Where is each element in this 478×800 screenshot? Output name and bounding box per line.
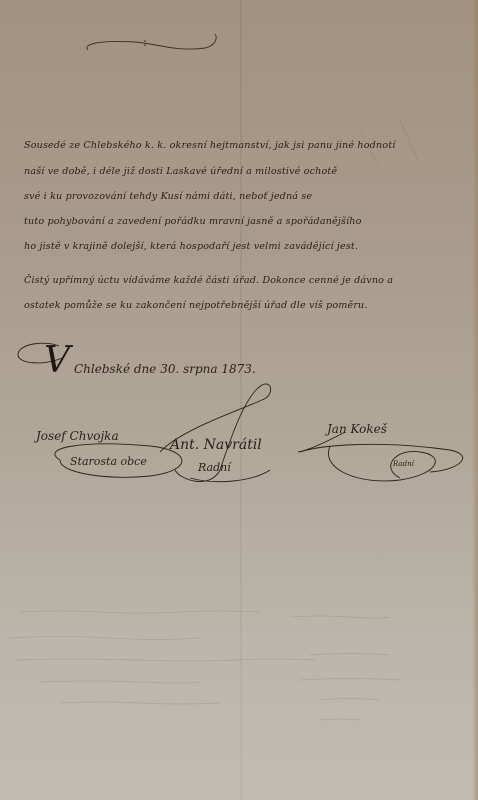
paragraph-1-line-1: Sousedé ze Chlebského k. k. okresní hejt… — [24, 140, 395, 151]
bleed-through-texture — [0, 0, 478, 800]
paragraph-2-line-1: Čistý upřímný úctu vídáváme každé části … — [24, 275, 393, 286]
top-flourish-decoration — [80, 30, 220, 60]
paragraph-1-line-2: naší ve době, i déle již dosti Laskavé ú… — [24, 166, 337, 177]
signature-name-2: Ant. Navrátil — [170, 437, 262, 453]
paragraph-1-line-5: ho jistě v krajině dolejší, která hospod… — [24, 241, 358, 252]
signature-flourishes — [0, 0, 478, 800]
signature-role-2: Radní — [198, 461, 231, 474]
signature-role-3: Radní — [393, 460, 414, 468]
paragraph-1-line-3: své i ku provozování tehdy Kusí námi dát… — [24, 191, 312, 202]
signature-name-1: Josef Chvojka — [36, 429, 119, 443]
signature-name-3: Jan Kokeš — [327, 422, 387, 436]
dateline-text: Chlebské dne 30. srpna 1873. — [74, 362, 256, 376]
paragraph-2-line-2: ostatek pomůže se ku zakončení nejpotřeb… — [24, 300, 368, 311]
document-page: Sousedé ze Chlebského k. k. okresní hejt… — [0, 0, 478, 800]
dateline-initial: V — [44, 340, 70, 381]
signature-role-1: Starosta obce — [70, 455, 147, 468]
paragraph-1-line-4: tuto pohybování a zavedení pořádku mravn… — [24, 216, 362, 227]
dateline: V Chlebské dne 30. srpna 1873. — [14, 338, 304, 388]
